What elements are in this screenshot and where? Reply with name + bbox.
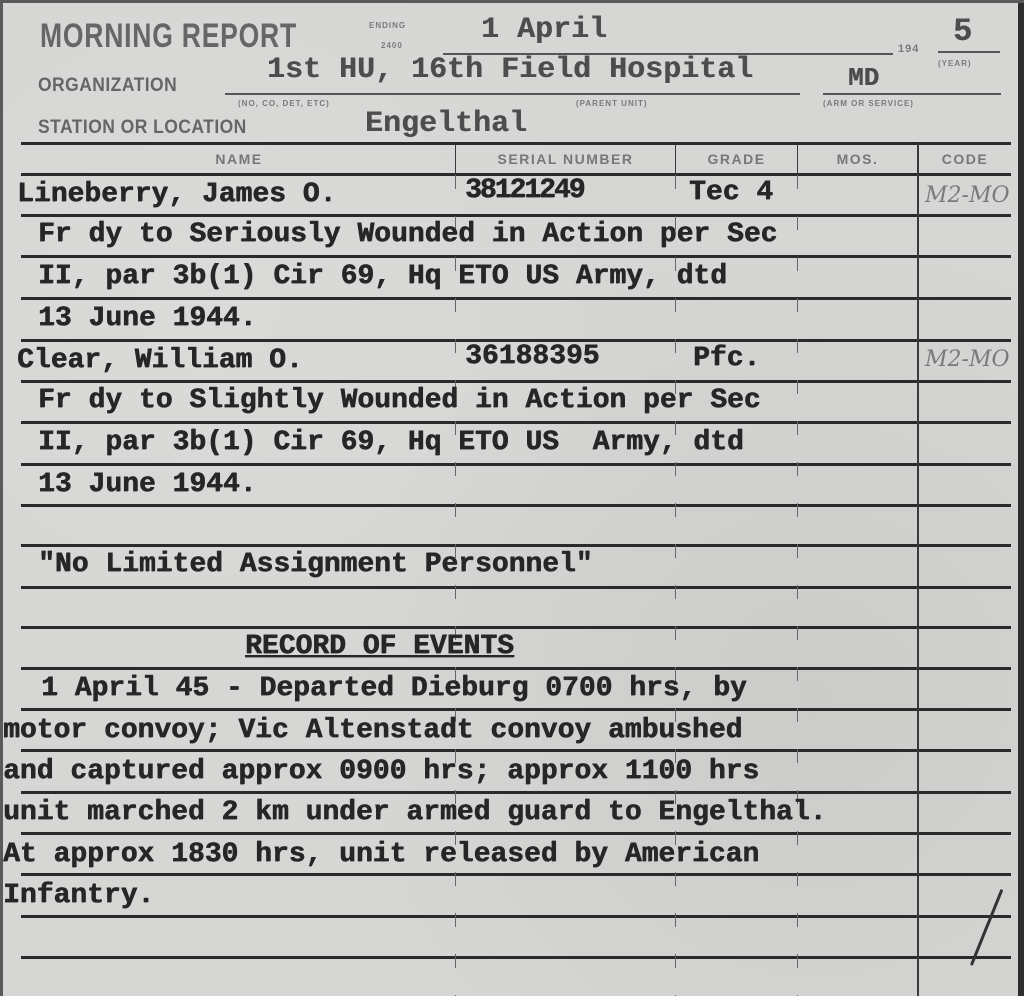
code-column-divider	[917, 143, 919, 996]
parent-caption: (PARENT UNIT)	[576, 99, 648, 108]
rule-line	[21, 544, 1011, 547]
rule-line	[21, 586, 1011, 589]
event-line: Infantry.	[3, 880, 154, 911]
entry-remark-line: Fr dy to Slightly Wounded in Action per …	[38, 385, 761, 416]
rule-line	[21, 956, 1011, 959]
rule-line	[21, 255, 1011, 258]
event-line: At approx 1830 hrs, unit released by Ame…	[3, 839, 759, 870]
rule-line	[21, 667, 1011, 670]
morning-report-page: MORNING REPORT ENDING 2400 1 April 194 5…	[3, 3, 1024, 996]
event-line: motor convoy; Vic Altenstadt convoy ambu…	[3, 715, 742, 746]
column-divider	[675, 175, 676, 996]
ending-label: ENDING	[369, 21, 406, 30]
rule-line	[21, 297, 1011, 300]
arm-caption: (ARM OR SERVICE)	[823, 99, 914, 108]
column-header-name: NAME	[23, 151, 455, 167]
organization-caption: (NO, CO, DET, ETC)	[238, 99, 330, 108]
event-line: unit marched 2 km under armed guard to E…	[3, 797, 826, 828]
form-title: MORNING REPORT	[40, 17, 297, 56]
organization-label: ORGANIZATION	[38, 75, 177, 97]
rule-line	[21, 380, 1011, 383]
event-line: 1 April 45 - Departed Dieburg 0700 hrs, …	[41, 673, 747, 704]
rule-line	[21, 791, 1011, 794]
ending-time: 2400	[381, 41, 403, 50]
rule-line	[21, 421, 1011, 424]
entry-remark-line: II, par 3b(1) Cir 69, Hq ETO US Army, dt…	[38, 427, 744, 458]
column-divider	[797, 175, 798, 996]
record-of-events-heading: RECORD OF EVENTS	[245, 631, 514, 662]
rule-line	[21, 504, 1011, 507]
column-header-grade: GRADE	[676, 151, 797, 167]
organization-value: 1st HU, 16th Field Hospital	[267, 53, 753, 87]
year-prefix: 194	[898, 43, 919, 55]
column-divider	[455, 175, 456, 996]
entry-remark-line: II, par 3b(1) Cir 69, Hq ETO US Army, dt…	[38, 261, 727, 292]
rule-line	[21, 463, 1011, 466]
column-header-code: CODE	[919, 151, 1011, 167]
limited-assignment-note: "No Limited Assignment Personnel"	[38, 549, 593, 580]
entry-grade: Tec 4	[689, 177, 773, 208]
entry-code: M2-MO	[925, 183, 1010, 208]
rule-line	[21, 832, 1011, 835]
rule-line	[21, 873, 1011, 876]
arm-value: MD	[848, 63, 879, 93]
rule-line	[21, 749, 1011, 752]
station-label: STATION OR LOCATION	[38, 117, 247, 139]
rule-line	[21, 142, 1011, 145]
year-caption: (YEAR)	[938, 59, 972, 68]
check-mark-icon	[970, 924, 989, 966]
entry-remark-line: 13 June 1944.	[38, 303, 256, 334]
column-header-serial: SERIAL NUMBER	[456, 151, 675, 167]
report-date: 1 April	[481, 13, 607, 47]
arm-underline	[823, 93, 1001, 95]
year-underline	[938, 51, 1000, 53]
station-value: Engelthal	[365, 107, 527, 141]
entry-grade: Pfc.	[693, 343, 760, 374]
rule-line	[21, 626, 1011, 629]
entry-serial: 38121249	[465, 175, 583, 206]
entry-remark-line: Fr dy to Seriously Wounded in Action per…	[38, 219, 777, 250]
entry-name: Clear, William O.	[17, 345, 303, 376]
organization-underline	[225, 93, 800, 95]
rule-line	[21, 915, 1011, 918]
event-line: and captured approx 0900 hrs; approx 110…	[3, 756, 759, 787]
entry-serial: 36188395	[465, 341, 599, 372]
column-header-mos: MOS.	[798, 151, 917, 167]
entry-code: M2-MO	[925, 347, 1010, 372]
year-digit: 5	[953, 13, 972, 50]
check-mark-icon	[986, 889, 1004, 927]
rule-line	[21, 214, 1011, 217]
rule-line	[21, 708, 1011, 711]
entry-name: Lineberry, James O.	[17, 179, 336, 210]
entry-remark-line: 13 June 1944.	[38, 469, 256, 500]
